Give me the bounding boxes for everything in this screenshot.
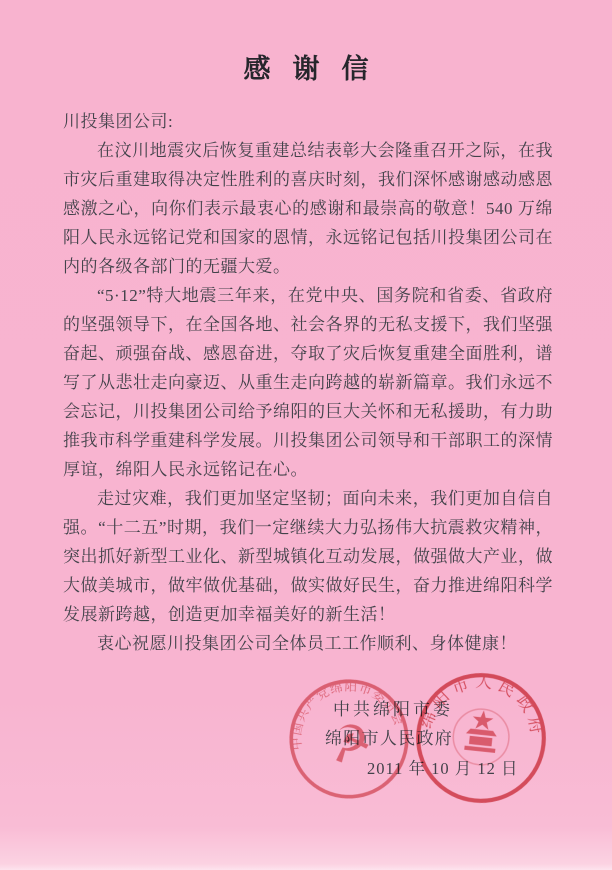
scanned-letter-page: 感谢信 川投集团公司: 在汶川地震灾后恢复重建总结表彰大会隆重召开之际，在我市灾… (0, 0, 612, 870)
letter-title: 感谢信 (0, 0, 612, 86)
signature-org-party: 中共绵阳市委 (333, 695, 453, 720)
signature-date: 2011 年 10 月 12 日 (367, 755, 519, 779)
signature-org-government: 绵阳市人民政府 (325, 724, 453, 749)
closing-wish: 衷心祝愿川投集团公司全体员工工作顺利、身体健康！ (63, 629, 553, 658)
paragraph-1: 在汶川地震灾后恢复重建总结表彰大会隆重召开之际，在我市灾后重建取得决定性胜利的喜… (63, 136, 553, 281)
salutation: 川投集团公司: (63, 107, 553, 136)
letter-body: 川投集团公司: 在汶川地震灾后恢复重建总结表彰大会隆重召开之际，在我市灾后重建取… (63, 107, 553, 658)
paragraph-2: “5·12”特大地震三年来，在党中央、国务院和省委、省政府的坚强领导下，在全国各… (63, 281, 553, 484)
paragraph-3: 走过灾难，我们更加坚定坚韧；面向未来，我们更加自信自强。“十二五”时期，我们一定… (63, 484, 553, 629)
